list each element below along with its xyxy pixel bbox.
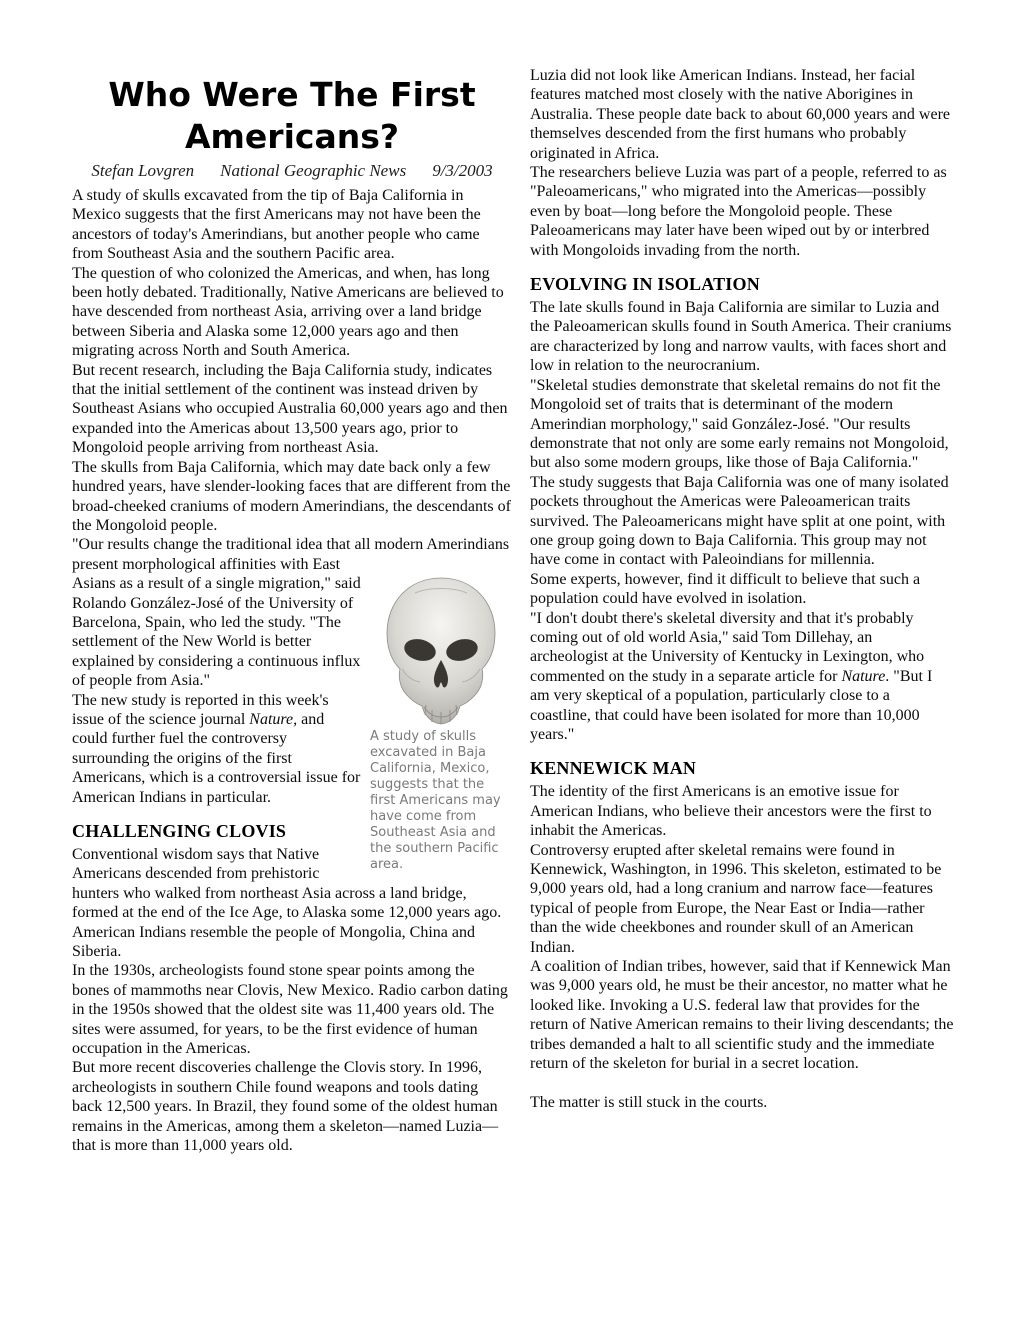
paragraph: Some experts, however, find it difficult… [530, 570, 954, 609]
byline-date: 9/3/2003 [432, 160, 492, 182]
skull-image [370, 576, 512, 726]
paragraph: The skulls from Baja California, which m… [72, 458, 512, 536]
paragraph-quote-start: "Our results change the traditional idea… [72, 535, 512, 574]
paragraph: But recent research, including the Baja … [72, 361, 512, 458]
figure-caption: A study of skulls excavated in Baja Cali… [370, 729, 512, 873]
page-title: Who Were The First Americans? [72, 74, 512, 158]
left-column: Who Were The First Americans? Stefan Lov… [72, 74, 512, 1156]
paragraph-nature: "I don't doubt there's skeletal diversit… [530, 609, 954, 745]
byline-author: Stefan Lovgren [91, 160, 194, 182]
paragraph-lede: A study of skulls excavated from the tip… [72, 186, 512, 264]
paragraph: The identity of the first Americans is a… [530, 782, 954, 840]
paragraph: A coalition of Indian tribes, however, s… [530, 957, 954, 1073]
right-column: Luzia did not look like American Indians… [530, 66, 954, 1156]
paragraph: The researchers believe Luzia was part o… [530, 163, 954, 260]
paragraph: Luzia did not look like American Indians… [530, 66, 954, 163]
paragraph: But more recent discoveries challenge th… [72, 1058, 512, 1155]
section-heading-kennewick-man: KENNEWICK MAN [530, 757, 954, 779]
byline-source: National Geographic News [220, 160, 406, 182]
journal-name: Nature, [249, 711, 297, 728]
paragraph: Controversy erupted after skeletal remai… [530, 841, 954, 957]
section-heading-evolving-in-isolation: EVOLVING IN ISOLATION [530, 273, 954, 295]
skull-figure: A study of skulls excavated in Baja Cali… [370, 576, 512, 873]
paragraph: The question of who colonized the Americ… [72, 264, 512, 361]
paragraph: In the 1930s, archeologists found stone … [72, 961, 512, 1058]
paragraph: "Skeletal studies demonstrate that skele… [530, 376, 954, 473]
paragraph: The late skulls found in Baja California… [530, 298, 954, 376]
paragraph-closing: The matter is still stuck in the courts. [530, 1093, 954, 1112]
blank-line [530, 1074, 954, 1093]
article-page: Who Were The First Americans? Stefan Lov… [0, 0, 1020, 1156]
byline: Stefan Lovgren National Geographic News … [72, 160, 512, 182]
paragraph: The study suggests that Baja California … [530, 473, 954, 570]
journal-name: Nature [841, 668, 885, 685]
